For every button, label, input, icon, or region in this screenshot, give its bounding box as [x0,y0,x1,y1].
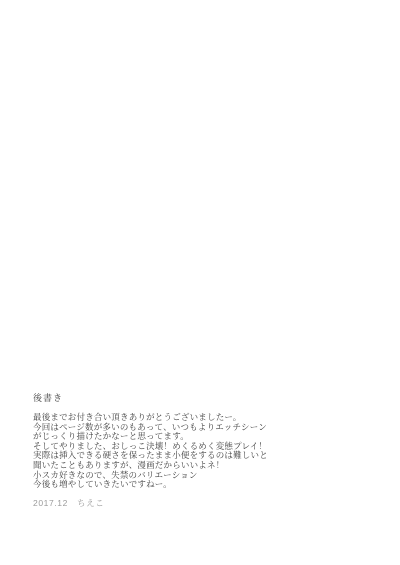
afterword-text-block: 後書き 最後までお付き合い頂きありがとうございましたー。 今回はページ数が多いの… [33,393,353,508]
afterword-body: 最後までお付き合い頂きありがとうございましたー。 今回はページ数が多いのもあって… [33,413,353,490]
afterword-heading: 後書き [33,393,353,404]
date-signature: 2017.12 ちえこ [33,498,353,508]
afterword-line: 今後も増やしていきたいですねー。 [33,480,353,490]
afterword-page: 後書き 最後までお付き合い頂きありがとうございましたー。 今回はページ数が多いの… [0,0,400,565]
